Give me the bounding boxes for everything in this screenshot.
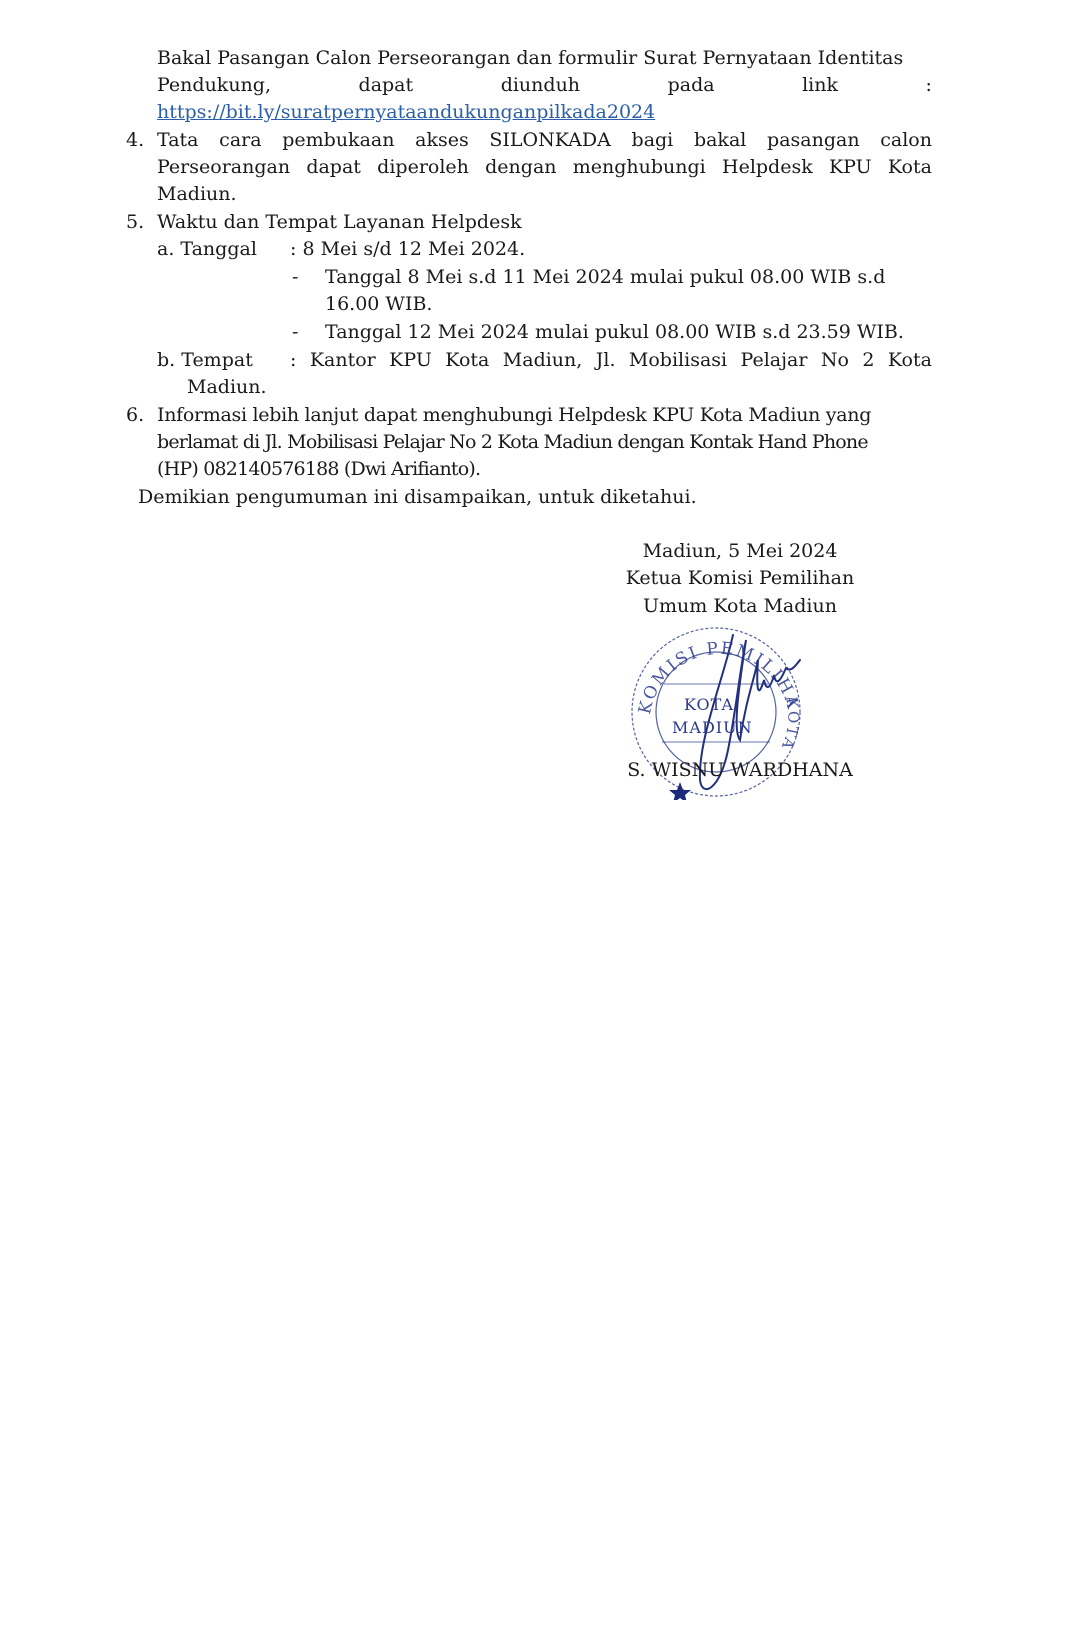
signature-place-date: Madiun, 5 Mei 2024 [590, 537, 890, 565]
word: No [821, 346, 849, 374]
bullet-2-text: Tanggal 12 Mei 2024 mulai pukul 08.00 WI… [325, 318, 904, 346]
word: KPU [829, 153, 872, 181]
bullet-1-cont: 16.00 WIB. [325, 290, 432, 318]
item-5b-cont: Madiun. [187, 373, 267, 401]
continuation-line-1: Bakal Pasangan Calon Perseorangan dan fo… [157, 44, 903, 72]
word: dengan [485, 153, 556, 181]
item-6-line-1: Informasi lebih lanjut dapat menghubungi… [157, 401, 871, 429]
bullet-dash: - [292, 263, 298, 291]
word: pada [668, 71, 715, 99]
item-4-line-2: Perseorangan dapat diperoleh dengan meng… [157, 153, 932, 181]
word: Pelajar [741, 346, 808, 374]
signature-title-line-2: Umum Kota Madiun [590, 592, 890, 620]
document-page: Bakal Pasangan Calon Perseorangan dan fo… [0, 0, 1080, 1644]
word: 2 [862, 346, 874, 374]
stamp-inner-line-1: KOTA [684, 695, 734, 714]
item-6-number: 6. [126, 401, 144, 429]
word: Madiun, [503, 346, 583, 374]
word: bakal [694, 126, 746, 154]
word: pembukaan [282, 126, 394, 154]
bullet-1-text: Tanggal 8 Mei s.d 11 Mei 2024 mulai puku… [325, 263, 885, 291]
continuation-line-2: Pendukung, dapat diunduh pada link : [157, 71, 932, 99]
word: link [802, 71, 838, 99]
item-5-number: 5. [126, 208, 144, 236]
bullet-dash: - [292, 318, 298, 346]
item-5a-label: a. Tanggal [157, 235, 257, 263]
closing-text: Demikian pengumuman ini disampaikan, unt… [138, 483, 697, 511]
word: Pendukung, [157, 71, 271, 99]
word: SILONKADA [489, 126, 610, 154]
item-5b-label: b. Tempat [157, 346, 253, 374]
word: Kantor [310, 346, 376, 374]
word: Helpdesk [722, 153, 813, 181]
word: pasangan [767, 126, 860, 154]
star-icon [669, 782, 691, 800]
item-4-line-3: Madiun. [157, 180, 237, 208]
item-4-number: 4. [126, 126, 144, 154]
item-4-line-1: Tata cara pembukaan akses SILONKADA bagi… [157, 126, 932, 154]
word: calon [880, 126, 932, 154]
word: diunduh [501, 71, 580, 99]
word: dapat [359, 71, 414, 99]
word: Kota [888, 153, 932, 181]
word: : [926, 71, 932, 99]
item-6-line-3: (HP) 082140576188 (Dwi Arifianto). [157, 455, 480, 483]
word: Mobilisasi [629, 346, 727, 374]
word: menghubungi [573, 153, 706, 181]
item-6-line-2: berlamat di Jl. Mobilisasi Pelajar No 2 … [157, 428, 868, 456]
word: KPU [389, 346, 432, 374]
word: : [290, 346, 296, 374]
word: dapat [306, 153, 361, 181]
word: Jl. [596, 346, 616, 374]
download-link[interactable]: https://bit.ly/suratpernyataandukunganpi… [157, 98, 655, 126]
word: bagi [632, 126, 674, 154]
word: Tata [157, 126, 199, 154]
item-5a-value: : 8 Mei s/d 12 Mei 2024. [290, 235, 525, 263]
word: Kota [445, 346, 489, 374]
signatory-name: S. WISNU WARDHANA [590, 756, 890, 784]
word: Perseorangan [157, 153, 290, 181]
item-5b-value: : Kantor KPU Kota Madiun, Jl. Mobilisasi… [290, 346, 932, 374]
signature-title-line-1: Ketua Komisi Pemilihan [590, 564, 890, 592]
word: Kota [888, 346, 932, 374]
word: akses [415, 126, 469, 154]
svg-text:KOTA: KOTA [777, 696, 802, 754]
word: diperoleh [377, 153, 469, 181]
item-5-title: Waktu dan Tempat Layanan Helpdesk [157, 208, 522, 236]
word: cara [219, 126, 261, 154]
